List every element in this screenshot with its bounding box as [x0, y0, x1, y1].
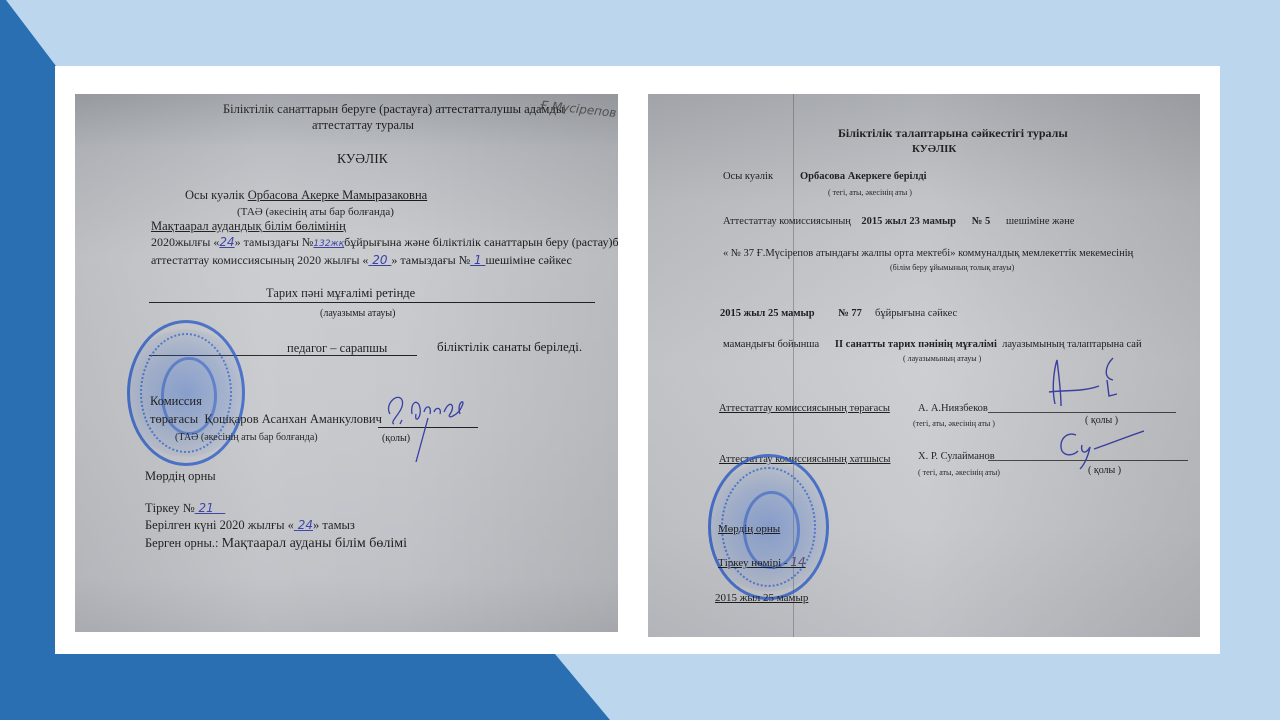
right-chairman-caption: (тегі, аты, әкесінің аты ): [913, 418, 995, 429]
right-registration-date: 2015 жыл 25 мамыр: [715, 591, 808, 605]
left-chairman-caption: (ТАӘ (әкесінің аты бар болғанда): [175, 431, 318, 445]
right-organization: « № 37 Ғ.Мүсірепов атындағы жалпы орта м…: [723, 247, 1133, 261]
left-order-line: 2020жылғы «24» тамыздағы №132жқбұйрығына…: [151, 235, 618, 251]
left-category: педагог – сарапшы: [287, 341, 387, 355]
right-order-line: 2015 жыл 25 мамыр № 77 бұйрығына сәйкес: [720, 307, 957, 321]
right-issued-to-prefix: Осы куәлік: [723, 170, 773, 184]
right-chairman-label: Аттестаттау комиссиясының төрағасы: [719, 402, 890, 416]
right-secretary-signature-line: [988, 460, 1188, 461]
right-chairman-signature-line: [988, 412, 1176, 413]
left-name-caption: (ТАӘ (әкесінің аты бар болғанда): [237, 205, 394, 219]
right-specialty-caption: ( лауазымының атауы ): [903, 353, 981, 364]
right-specialty-line: мамандығы бойынша ІІ санатты тарих пәнін…: [723, 338, 1142, 352]
right-chairman-signature-caption: ( қолы ): [1085, 414, 1118, 428]
right-stamp-place: Мөрдің орны: [718, 522, 780, 536]
left-signature: [380, 384, 480, 464]
left-issued-to: Осы куәлік Орбасова Акерке Мамыразаковна: [185, 188, 427, 202]
left-header-line1: Біліктілік санаттарын беруге (растауға) …: [223, 102, 564, 116]
left-position-caption: (лауазымы атауы): [320, 307, 395, 321]
left-title: КУӘЛІК: [337, 152, 388, 166]
left-commission-label-1: Комиссия: [150, 394, 202, 408]
left-department: Мақтаарал аудандық білім бөлімінің: [151, 219, 346, 233]
left-handwritten-note: Ғ Мүсірепов: [539, 98, 617, 120]
right-registration: Тіркеу нөмірі - 14: [718, 555, 806, 570]
left-position-underline: [149, 302, 595, 303]
right-secretary-caption: ( тегі, аты, әкесінің аты): [918, 467, 1000, 478]
right-secretary-signature-caption: ( қолы ): [1088, 464, 1121, 478]
left-recipient-name: Орбасова Акерке Мамыразаковна: [248, 188, 428, 202]
certificate-photo-right: Біліктілік талаптарына сәйкестігі туралы…: [648, 94, 1200, 637]
right-commission-line: Аттестаттау комиссиясының 2015 жыл 23 ма…: [723, 215, 1074, 229]
left-chairman-name: Қошқаров Асанхан Аманкулович: [204, 412, 382, 426]
left-registration: Тіркеу № 21: [145, 501, 225, 515]
left-header-line2: аттестаттау туралы: [312, 118, 414, 132]
right-title-line2: КУӘЛІК: [912, 142, 956, 156]
left-signature-caption: (қолы): [382, 432, 410, 446]
right-organization-caption: (білім беру ұйымының толық атауы): [890, 262, 1014, 273]
certificate-photo-left: Біліктілік санаттарын беруге (растауға) …: [75, 94, 618, 632]
right-title-line1: Біліктілік талаптарына сәйкестігі туралы: [838, 126, 1068, 140]
right-chairman-name: А. А.Ниязбеков: [918, 402, 988, 416]
right-recipient-name: Орбасова Акеркеге берілді: [800, 170, 927, 184]
left-issue-date: Берілген күні 2020 жылғы « 24» тамыз: [145, 518, 355, 532]
left-position: Тарих пәні мұғалімі ретінде: [266, 286, 415, 300]
right-chairman-signature: [1043, 356, 1133, 411]
right-name-caption: ( тегі, аты, әкесінің аты ): [828, 187, 912, 198]
left-decision-line: аттестаттау комиссиясының 2020 жылғы « 2…: [151, 253, 572, 267]
left-commission-chairman: төрағасы Қошқаров Асанхан Аманкулович: [150, 412, 382, 426]
left-category-suffix: біліктілік санаты беріледі.: [437, 340, 582, 354]
right-secretary-name: Х. Р. Сулайманов: [918, 450, 995, 464]
left-stamp-place: Мөрдің орны: [145, 469, 216, 483]
left-issued-by: Берген орны.: Мақтаарал ауданы білім бөл…: [145, 536, 407, 551]
